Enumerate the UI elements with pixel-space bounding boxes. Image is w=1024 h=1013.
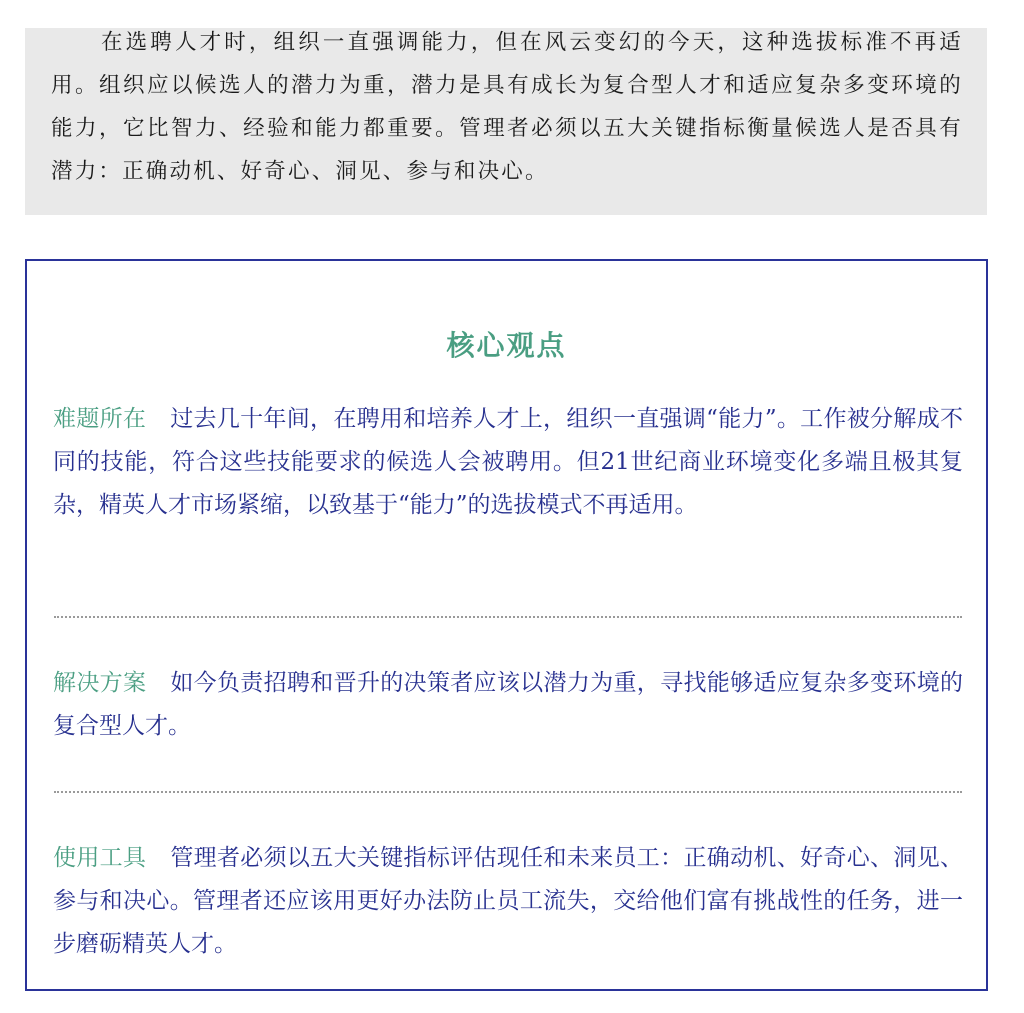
dotted-divider [54,616,962,618]
section-solution: 解决方案如今负责招聘和晋升的决策者应该以潜力为重，寻找能够适应复杂多变环境的复合… [53,662,963,748]
section-text-solution: 如今负责招聘和晋升的决策者应该以潜力为重，寻找能够适应复杂多变环境的复合型人才。 [53,670,963,739]
summary-text: 在选聘人才时，组织一直强调能力，但在风云变幻的今天，这种选拔标准不再适用。组织应… [51,21,963,193]
section-text-problem: 过去几十年间，在聘用和培养人才上，组织一直强调“能力”。工作被分解成不同的技能，… [53,406,963,518]
key-points-title: 核心观点 [27,324,986,364]
dotted-divider [54,791,962,793]
section-label-solution: 解决方案 [53,670,146,696]
section-label-problem: 难题所在 [53,406,146,432]
key-points-box: 核心观点 难题所在过去几十年间，在聘用和培养人才上，组织一直强调“能力”。工作被… [25,259,988,991]
section-tools: 使用工具管理者必须以五大关键指标评估现任和未来员工：正确动机、好奇心、洞见、参与… [53,837,963,966]
section-text-tools: 管理者必须以五大关键指标评估现任和未来员工：正确动机、好奇心、洞见、参与和决心。… [53,845,963,957]
summary-box: 在选聘人才时，组织一直强调能力，但在风云变幻的今天，这种选拔标准不再适用。组织应… [25,28,987,215]
section-label-tools: 使用工具 [53,845,146,871]
section-problem: 难题所在过去几十年间，在聘用和培养人才上，组织一直强调“能力”。工作被分解成不同… [53,398,963,527]
